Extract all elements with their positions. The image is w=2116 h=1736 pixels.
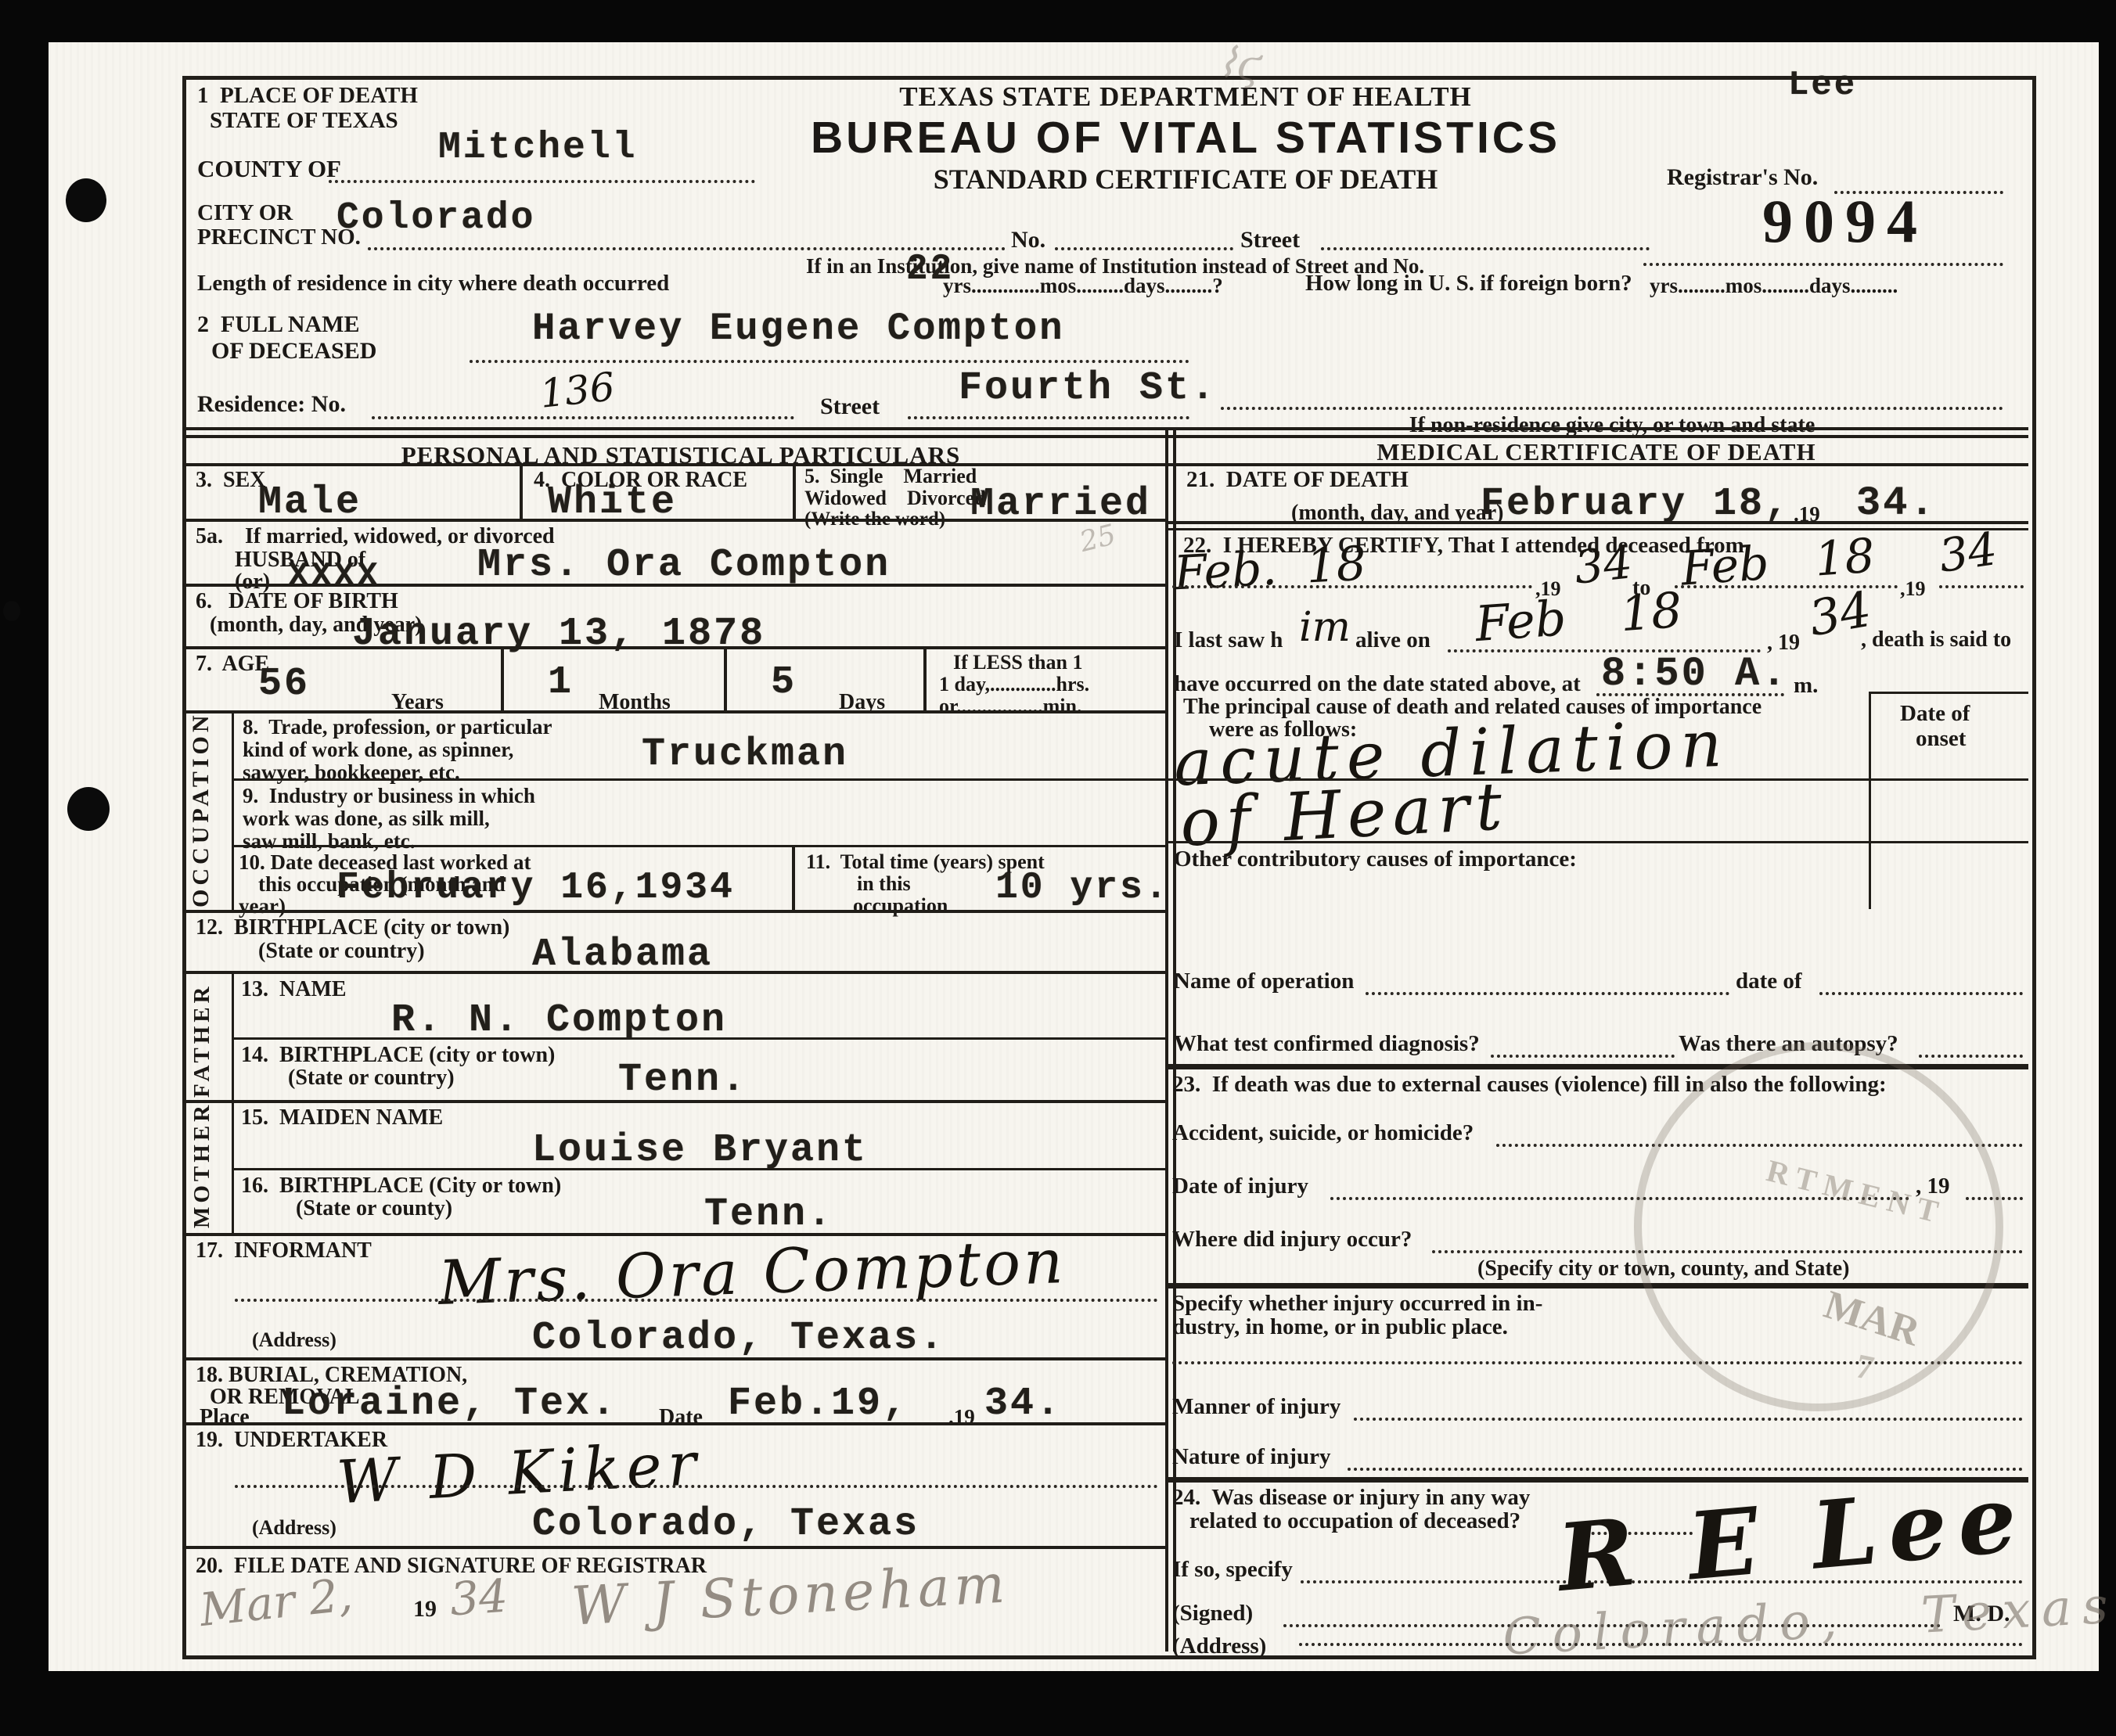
registrar-line2 [1643, 263, 2003, 266]
fullname-label-2: OF DECEASED [211, 338, 376, 365]
last-saw-him-hand: im [1299, 604, 1351, 651]
fullname-value: Harvey Eugene Compton [532, 307, 1065, 350]
cell-divider [724, 646, 727, 710]
occupation-vertical-label: OCCUPATION [188, 720, 214, 908]
father-vertical-label: FATHER [189, 976, 215, 1098]
certify-line-a [1172, 585, 1532, 588]
undertaker-address-label: (Address) [252, 1516, 336, 1540]
fullname-label-1: 2 FULL NAME [197, 311, 360, 338]
marital-label-2: Widowed Divorced [804, 487, 986, 510]
field24-label-2: related to occupation of deceased? [1189, 1508, 1520, 1534]
age-days-value: 5 [771, 660, 797, 705]
row-rule [232, 1168, 1165, 1170]
scan-speck [3, 601, 20, 621]
field9-label-1: 9. Industry or business in which [243, 784, 535, 808]
file-date-year: 34 [448, 1569, 509, 1626]
punch-hole [66, 178, 106, 222]
informant-address-label: (Address) [252, 1328, 336, 1352]
rule-under-titles [182, 463, 2028, 466]
nonresidence-line [1221, 407, 2003, 410]
county-line [329, 180, 755, 183]
cell-divider [520, 463, 523, 519]
punch-hole [67, 787, 110, 831]
cell-divider [793, 463, 796, 519]
nature-line [1348, 1468, 2023, 1471]
state-label: STATE OF TEXAS [210, 108, 398, 134]
physician-address-label: (Address) [1172, 1634, 1266, 1659]
undertaker-line [235, 1485, 1158, 1488]
residence-street-value: Fourth St. [959, 366, 1217, 411]
certify-year-b: 34 [1936, 522, 2001, 583]
bracket-line [232, 971, 234, 1100]
field14-label-2: (State or country) [288, 1066, 455, 1091]
residence-street-line [908, 416, 1189, 419]
last-saw-label-2: alive on [1355, 627, 1430, 653]
ifso-label: If so, specify [1172, 1557, 1293, 1583]
operation-label: Name of operation [1174, 969, 1354, 994]
department-stamp-circle [1634, 1042, 2003, 1411]
street-label: Street [1240, 227, 1300, 253]
address-line [1299, 1643, 2023, 1646]
dob-value: January 13, 1878 [352, 612, 765, 656]
standard-title: STANDARD CERTIFICATE OF DEATH [794, 163, 1577, 196]
specify-label-2: dustry, in home, or in public place. [1172, 1314, 1508, 1340]
field13-value: R. N. Compton [391, 998, 727, 1043]
field11-label-3: occupation [853, 894, 948, 918]
foreign-born-tail: yrs.........mos.........days......... [1650, 274, 1898, 298]
test-line [1491, 1055, 1675, 1058]
no-label: No. [1011, 227, 1045, 253]
bracket-line [232, 710, 234, 910]
center-divider-a [1165, 427, 1168, 1652]
field12-label-1: 12. BIRTHPLACE (city or town) [196, 915, 509, 940]
row-rule [182, 971, 1165, 974]
row-rule [232, 778, 1165, 781]
certify-19b: ,19 [1900, 577, 1926, 601]
burial-date-year: 34. [984, 1382, 1062, 1426]
row-rule [182, 1422, 1165, 1425]
pencil-scribble: ⌇ϛ [1214, 36, 1265, 91]
signed-label: (Signed) [1172, 1601, 1253, 1626]
row-rule [182, 910, 1165, 913]
time-of-death-value: 8:50 A. [1601, 651, 1788, 697]
occurred-label: have occurred on the date stated above, … [1174, 671, 1581, 697]
dob-label: 6. DATE OF BIRTH [196, 589, 398, 614]
manner-line [1354, 1418, 2023, 1421]
contributory-label: Other contributory causes of importance: [1174, 846, 1577, 872]
field16-label-1: 16. BIRTHPLACE (City or town) [241, 1174, 561, 1199]
injury-where-label: Where did injury occur? [1172, 1227, 1412, 1253]
manner-label: Manner of injury [1172, 1394, 1340, 1420]
field16-label-2: (State or county) [296, 1196, 452, 1221]
field15-label: 15. MAIDEN NAME [241, 1105, 443, 1130]
accident-label: Accident, suicide, or homicide? [1172, 1120, 1474, 1146]
specify-label-1: Specify whether injury occurred in in- [1172, 1291, 1542, 1317]
field14-label-1: 14. BIRTHPLACE (city or town) [241, 1043, 555, 1068]
county-value: Mitchell [438, 127, 637, 169]
medical-section-title: MEDICAL CERTIFICATE OF DEATH [1189, 438, 2003, 466]
row-rule [232, 845, 1165, 847]
field10-value: February 16,1934 [336, 867, 735, 909]
field11-value: 10 yrs. [995, 867, 1170, 909]
informant-line [235, 1299, 1158, 1302]
age-less-label-2: 1 day,.............hrs. [939, 673, 1089, 696]
cell-divider [501, 646, 504, 710]
certify-line-c [1939, 585, 2024, 588]
date-of-death-value: February 18, [1481, 482, 1790, 527]
burial-place-label: Place [200, 1405, 250, 1430]
field8-label-1: 8. Trade, profession, or particular [243, 715, 552, 739]
row-rule [182, 1357, 1165, 1360]
row-rule [182, 1546, 1165, 1549]
double-rule [1165, 528, 2028, 530]
onset-box-top [1869, 692, 2028, 694]
length-residence-label: Length of residence in city where death … [197, 271, 669, 297]
department-title: TEXAS STATE DEPARTMENT OF HEALTH [794, 81, 1577, 113]
cell-divider [792, 845, 795, 910]
registrar-no-value: 9094 [1762, 186, 1928, 257]
residence-no-line [372, 416, 794, 419]
age-years-value: 56 [258, 662, 310, 706]
residence-no-value: 136 [538, 364, 617, 417]
scanned-death-certificate: 1 PLACE OF DEATH STATE OF TEXAS COUNTY O… [0, 0, 2116, 1736]
burial-date-value: Feb.19, [728, 1382, 909, 1426]
field5a-value: Mrs. Ora Compton [477, 543, 891, 588]
date-of-death-label: 21. DATE OF DEATH [1186, 467, 1409, 493]
field12-label-2: (State or country) [258, 939, 425, 964]
field11-label-2: in this [857, 872, 911, 896]
field15-value: Louise Bryant [532, 1128, 868, 1173]
certify-from-hand: Feb. 18 [1172, 537, 1367, 602]
place-of-death-label: 1 PLACE OF DEATH [197, 83, 418, 109]
fullname-line [470, 360, 1189, 363]
double-rule-top-a [182, 427, 2028, 430]
undertaker-address-value: Colorado, Texas [532, 1502, 919, 1547]
sex-label: 3. SEX [196, 468, 265, 493]
onset-label-2: onset [1916, 726, 1966, 752]
burial-date-19: .19 [948, 1405, 975, 1429]
date-of-death-year: 34. [1856, 480, 1937, 527]
field8-label-3: sawyer, bookkeeper, etc. [243, 760, 460, 785]
row-rule [182, 710, 1165, 713]
registrar-name-typed: Lee [1788, 66, 1857, 105]
field24-label-1: 24. Was disease or injury in any way [1172, 1485, 1530, 1511]
onset-box-left [1869, 692, 1871, 909]
street-line [1321, 247, 1650, 250]
last-saw-label-3: , death is said to [1861, 627, 2011, 652]
field8-value: Truckman [642, 732, 848, 777]
file-date-19: 19 [413, 1596, 437, 1623]
operation-date-line [1819, 992, 2023, 995]
double-rule [1165, 521, 2028, 524]
field14-value: Tenn. [618, 1058, 747, 1102]
foreign-born-label: How long in U. S. if foreign born? [1305, 271, 1632, 297]
field16-value: Tenn. [704, 1192, 833, 1237]
age-months-value: 1 [548, 660, 574, 705]
length-residence-tail: yrs.............mos.........days........… [943, 274, 1223, 298]
mother-vertical-label: MOTHER [189, 1107, 215, 1228]
age-less-label-3: or.................min. [939, 695, 1082, 718]
row-rule [232, 1037, 1165, 1040]
bureau-title: BUREAU OF VITAL STATISTICS [755, 112, 1616, 164]
marital-label-1: 5. Single Married [804, 465, 977, 488]
city-value: Colorado [336, 197, 535, 239]
field9-label-2: work was done, as silk mill, [243, 807, 490, 831]
residence-street-label: Street [820, 394, 880, 420]
residence-label: Residence: No. [197, 391, 346, 418]
row-rule [182, 519, 1165, 522]
informant-address-value: Colorado, Texas. [532, 1316, 945, 1360]
city-label: CITY OR [197, 200, 293, 226]
injury-date-label: Date of injury [1172, 1174, 1308, 1199]
bracket-line [232, 1100, 234, 1233]
last-saw-label-1: I last saw h [1174, 627, 1283, 653]
burial-date-label: Date [659, 1405, 703, 1430]
row-rule [182, 1100, 1165, 1103]
burial-place-value: Loraine, Tex. [282, 1382, 617, 1426]
cause-line-2 [1165, 841, 2028, 843]
informant-label: 17. INFORMANT [196, 1238, 372, 1263]
operation-date-label: date of [1736, 969, 1802, 994]
row-rule [182, 584, 1165, 587]
field8-label-2: kind of work done, as spinner, [243, 738, 513, 762]
nature-label: Nature of injury [1172, 1444, 1330, 1470]
field13-label: 13. NAME [241, 977, 347, 1002]
no-line [1055, 247, 1233, 250]
county-label: COUNTY OF [197, 155, 341, 183]
onset-label-1: Date of [1900, 701, 1970, 727]
age-less-label-1: If LESS than 1 [953, 651, 1082, 674]
time-m-label: m. [1794, 673, 1818, 699]
row-rule [182, 646, 1165, 649]
operation-line [1366, 992, 1729, 995]
test-label: What test confirmed diagnosis? [1174, 1031, 1480, 1057]
cell-divider [923, 646, 927, 710]
autopsy-line [1919, 1055, 2023, 1058]
